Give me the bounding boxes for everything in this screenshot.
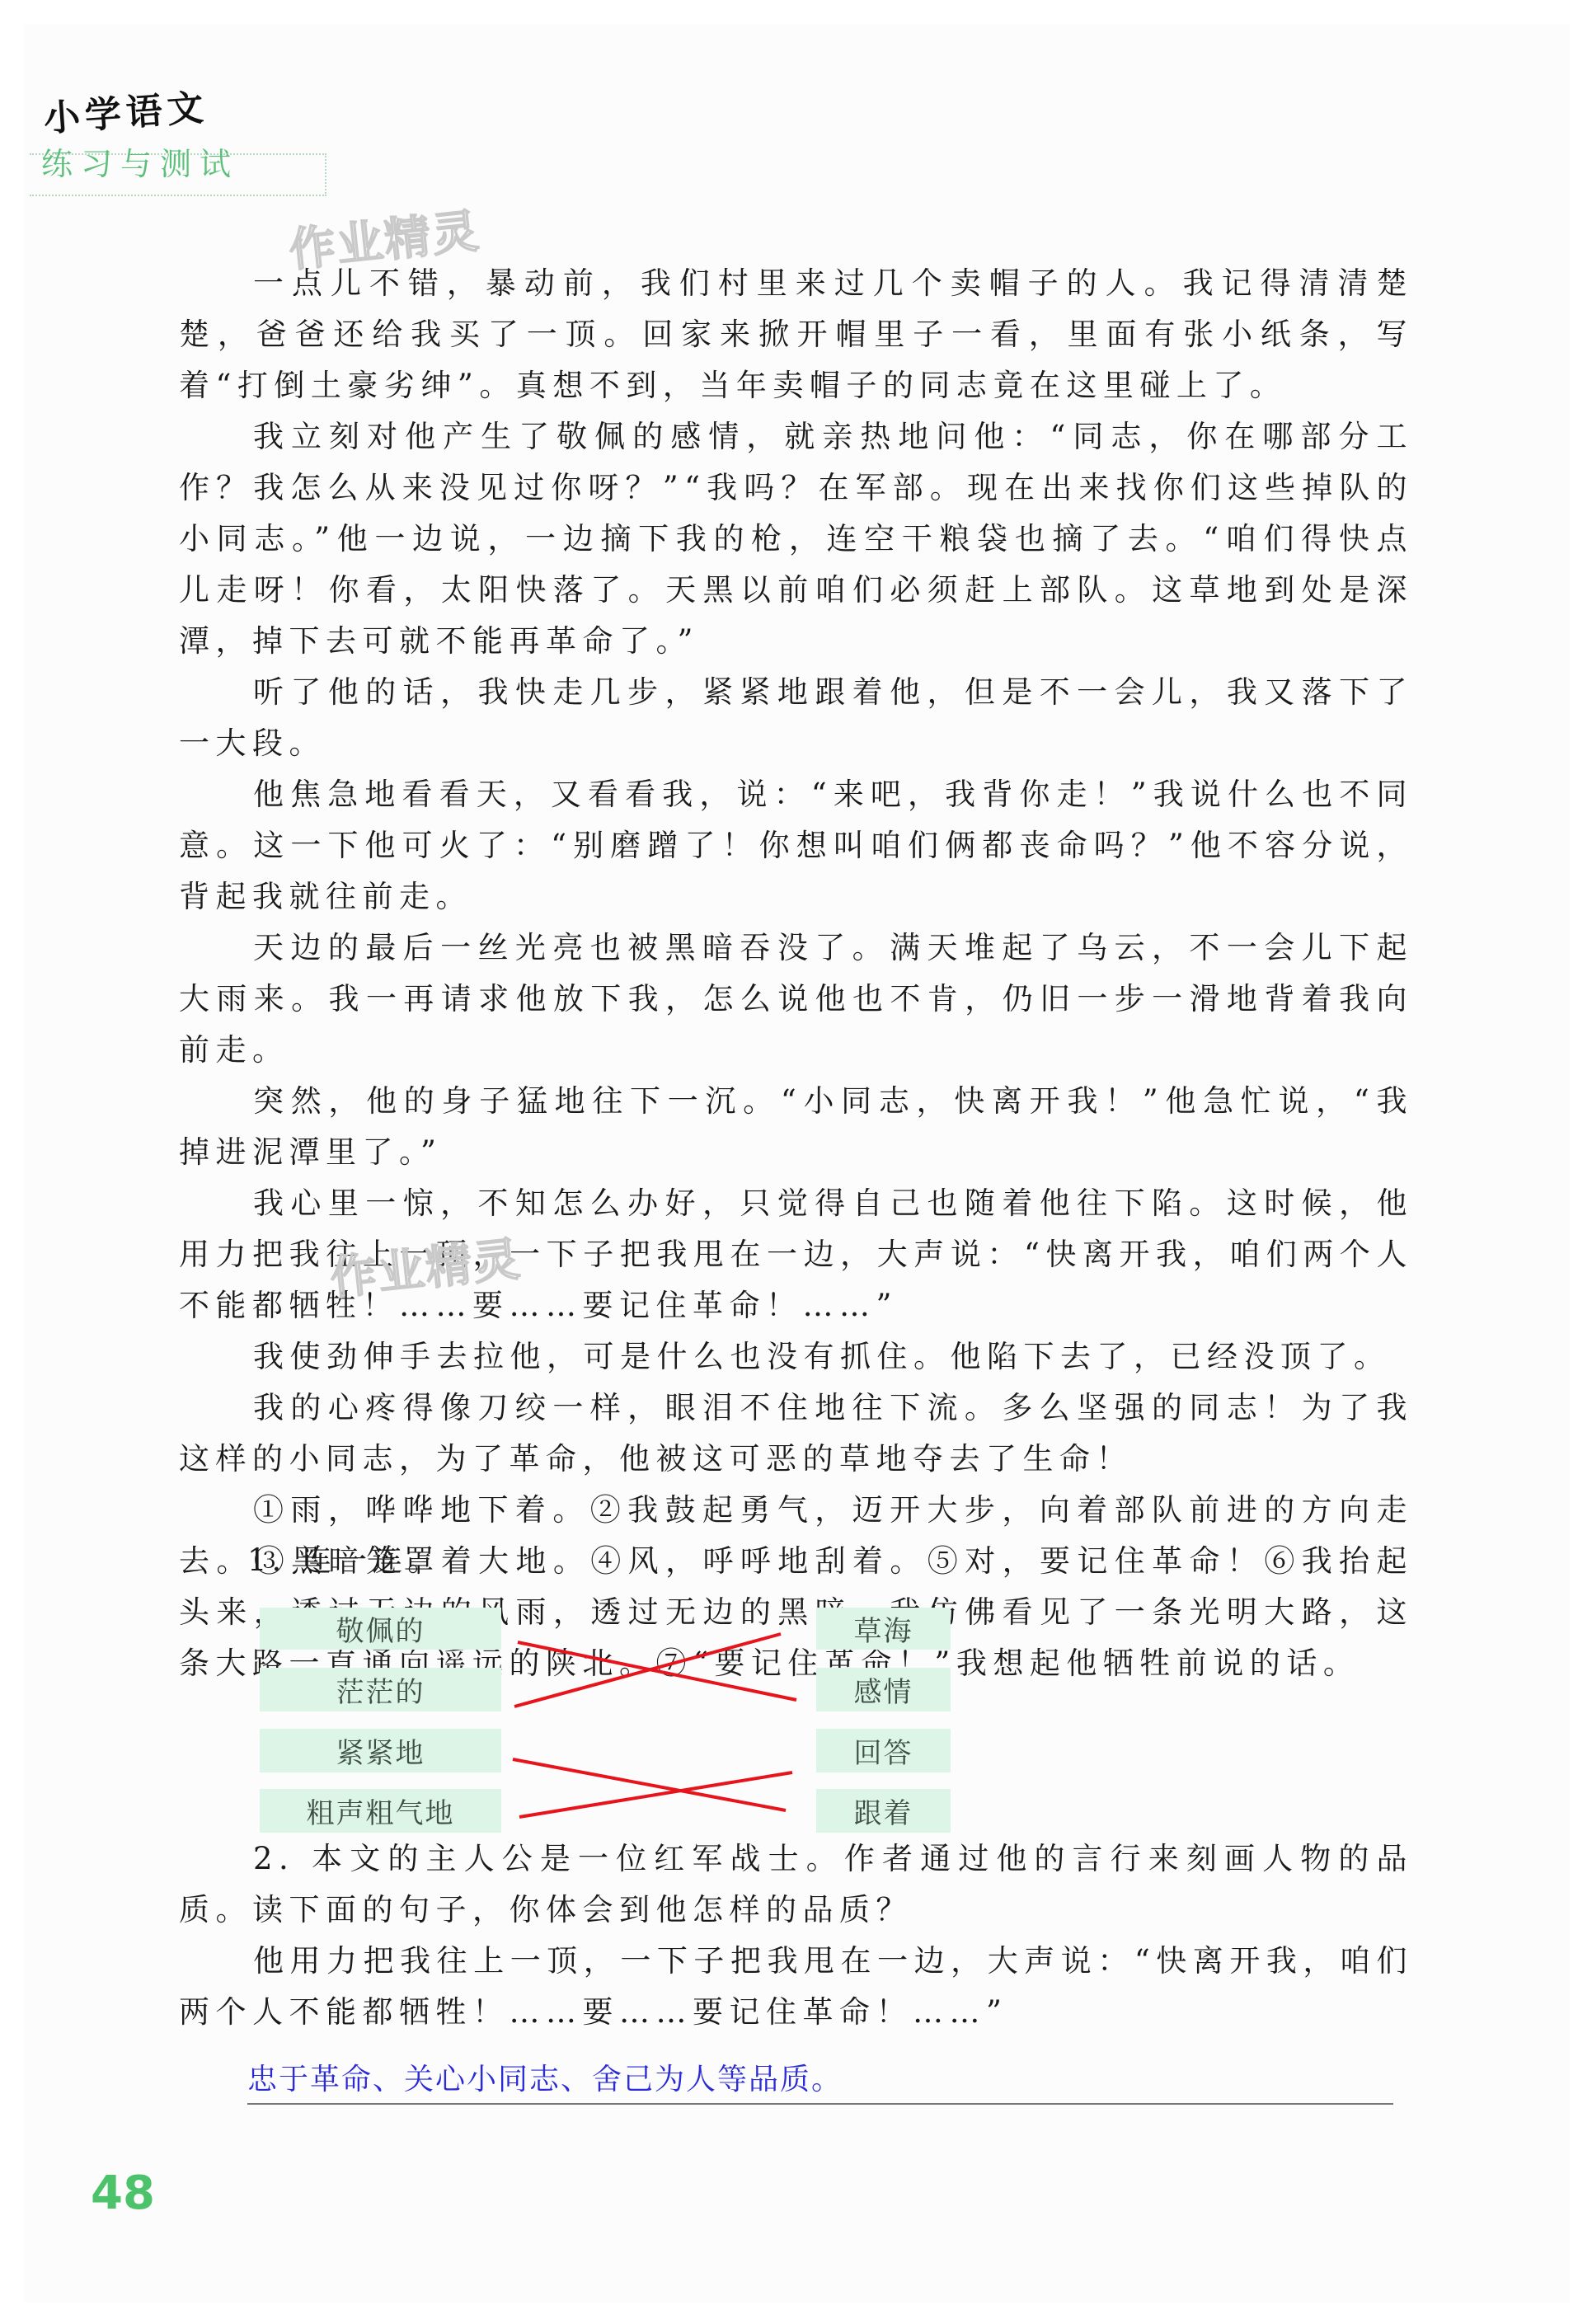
match-left-item[interactable]: 紧紧地 — [260, 1729, 501, 1772]
question-1-label: 1. 连一连。 — [247, 1535, 443, 1580]
match-right-item[interactable]: 感情 — [816, 1668, 951, 1711]
story-paragraph: 天边的最后一丝光亮也被黑暗吞没了。满天堆起了乌云，不一会儿下起大雨来。我一再请求… — [179, 923, 1413, 1076]
page-number: 48 — [91, 2167, 155, 2220]
match-left-item[interactable]: 敬佩的 — [260, 1608, 501, 1650]
story-paragraph: ①雨，哗哗地下着。②我鼓起勇气，迈开大步，向着部队前进的方向走去。③黑暗笼罩着大… — [179, 1485, 1413, 1689]
match-left-item[interactable]: 茫茫的 — [260, 1668, 501, 1711]
question-2-quote: 他用力把我往上一顶，一下子把我甩在一边，大声说：“快离开我，咱们两个人不能都牺牲… — [179, 1936, 1413, 2038]
match-left-item[interactable]: 粗声粗气地 — [260, 1789, 501, 1833]
story-paragraph: 我的心疼得像刀绞一样，眼泪不住地往下流。多么坚强的同志！为了我这样的小同志，为了… — [179, 1383, 1413, 1485]
story-paragraph: 听了他的话，我快走几步，紧紧地跟着他，但是不一会儿，我又落下了一大段。 — [179, 667, 1413, 769]
match-right-item[interactable]: 回答 — [816, 1729, 951, 1772]
book-subtitle: 练习与测试 — [41, 139, 239, 184]
answer-text[interactable]: 忠于革命、关心小同志、舍己为人等品质。 — [247, 2056, 843, 2098]
question-2: 2. 本文的主人公是一位红军战士。作者通过他的言行来刻画人物的品质。读下面的句子… — [179, 1833, 1413, 2038]
match-right-item[interactable]: 跟着 — [816, 1789, 951, 1833]
answer-underline — [247, 2103, 1393, 2105]
question-2-prompt: 2. 本文的主人公是一位红军战士。作者通过他的言行来刻画人物的品质。读下面的句子… — [179, 1833, 1413, 1936]
story-paragraph: 我立刻对他产生了敬佩的感情，就亲热地问他：“同志，你在哪部分工作？我怎么从来没见… — [179, 411, 1413, 667]
story-paragraph: 他焦急地看看天，又看看我，说：“来吧，我背你走！”我说什么也不同意。这一下他可火… — [179, 769, 1413, 923]
match-right-item[interactable]: 草海 — [816, 1608, 951, 1650]
story-paragraph: 突然，他的身子猛地往下一沉。“小同志，快离开我！”他急忙说，“我掉进泥潭里了。” — [179, 1076, 1413, 1178]
story-text: 一点儿不错，暴动前，我们村里来过几个卖帽子的人。我记得清清楚楚，爸爸还给我买了一… — [179, 258, 1413, 1689]
story-paragraph: 一点儿不错，暴动前，我们村里来过几个卖帽子的人。我记得清清楚楚，爸爸还给我买了一… — [179, 258, 1413, 411]
story-paragraph: 我使劲伸手去拉他，可是什么也没有抓住。他陷下去了，已经没顶了。 — [179, 1331, 1413, 1383]
